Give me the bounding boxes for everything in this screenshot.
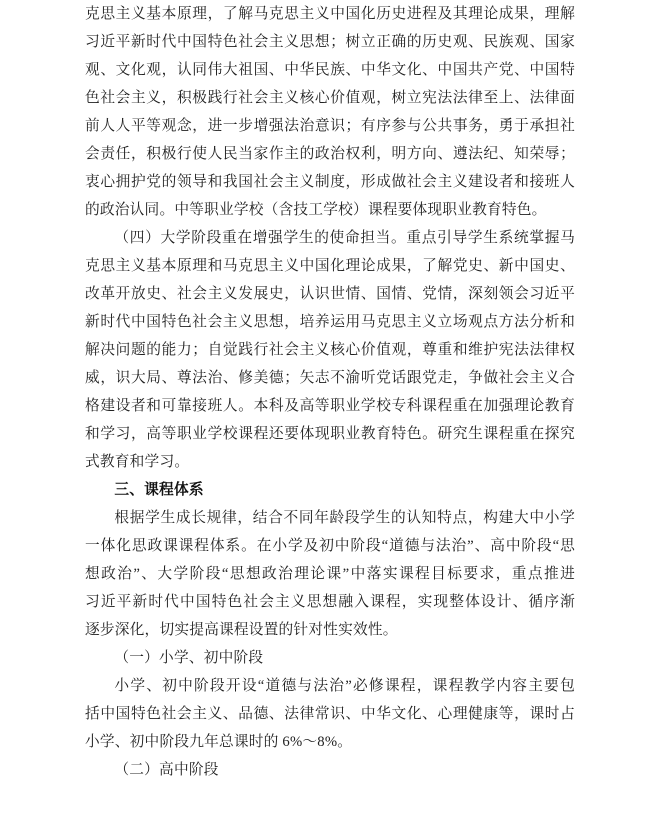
text-line: 的政治认同。中等职业学校（含技工学校）课程要体现职业教育特色。 [85,196,575,224]
paragraph-primary-stage: 小学、初中阶段开设“道德与法治”必修课程，课程教学内容主要包括中国特色社会主义、… [85,672,575,756]
text-line: （四）大学阶段重在增强学生的使命担当。重点引导学生系统掌握马 [85,224,575,252]
text-line: 衷心拥护党的领导和我国社会主义制度，形成做社会主义建设者和接班人 [85,168,575,196]
text-line: 会责任，积极行使人民当家作主的政治权利，明方向、遵法纪、知荣辱； [85,140,575,168]
text-line: 式教育和学习。 [85,448,575,476]
text-line: 小学、初中阶段九年总课时的 6%～8%。 [85,728,575,756]
text-line: 改革开放史、社会主义发展史，认识世情、国情、党情，深刻领会习近平 [85,280,575,308]
text-line: 克思主义基本原理和马克思主义中国化理论成果，了解党史、新中国史、 [85,252,575,280]
document-page: 克思主义基本原理，了解马克思主义中国化历史进程及其理论成果，理解习近平新时代中国… [0,0,657,820]
text-line: 根据学生成长规律，结合不同年龄段学生的认知特点，构建大中小学 [85,504,575,532]
text-line: 习近平新时代中国特色社会主义思想；树立正确的历史观、民族观、国家 [85,28,575,56]
subsection-heading-highschool-stage: （二）高中阶段 [85,756,575,784]
paragraph-university-stage: （四）大学阶段重在增强学生的使命担当。重点引导学生系统掌握马克思主义基本原理和马… [85,224,575,476]
text-line: 想政治”、大学阶段“思想政治理论课”中落实课程目标要求，重点推进 [85,560,575,588]
paragraph-continuation: 克思主义基本原理，了解马克思主义中国化历史进程及其理论成果，理解习近平新时代中国… [85,0,575,224]
text-line: 一体化思政课课程体系。在小学及初中阶段“道德与法治”、高中阶段“思 [85,532,575,560]
text-line: 小学、初中阶段开设“道德与法治”必修课程，课程教学内容主要包 [85,672,575,700]
paragraph-course-system: 根据学生成长规律，结合不同年龄段学生的认知特点，构建大中小学一体化思政课课程体系… [85,504,575,644]
section-heading-course-system: 三、课程体系 [85,476,575,504]
text-line: 色社会主义，积极践行社会主义核心价值观，树立宪法法律至上、法律面 [85,84,575,112]
text-line: 解决问题的能力；自觉践行社会主义核心价值观，尊重和维护宪法法律权 [85,336,575,364]
text-line: 和学习，高等职业学校课程还要体现职业教育特色。研究生课程重在探究 [85,420,575,448]
document-body: 克思主义基本原理，了解马克思主义中国化历史进程及其理论成果，理解习近平新时代中国… [85,0,575,784]
text-line: 威，识大局、尊法治、修美德；矢志不渝听党话跟党走，争做社会主义合 [85,364,575,392]
text-line: 新时代中国特色社会主义思想，培养运用马克思主义立场观点方法分析和 [85,308,575,336]
text-line: 格建设者和可靠接班人。本科及高等职业学校专科课程重在加强理论教育 [85,392,575,420]
text-line: 克思主义基本原理，了解马克思主义中国化历史进程及其理论成果，理解 [85,0,575,28]
subsection-heading-primary-stage: （一）小学、初中阶段 [85,644,575,672]
text-line: 前人人平等观念，进一步增强法治意识；有序参与公共事务，勇于承担社 [85,112,575,140]
text-line: 观、文化观，认同伟大祖国、中华民族、中华文化、中国共产党、中国特 [85,56,575,84]
text-line: 括中国特色社会主义、品德、法律常识、中华文化、心理健康等，课时占 [85,700,575,728]
text-line: 习近平新时代中国特色社会主义思想融入课程，实现整体设计、循序渐进、 [85,588,575,616]
text-line: 逐步深化，切实提高课程设置的针对性实效性。 [85,616,575,644]
